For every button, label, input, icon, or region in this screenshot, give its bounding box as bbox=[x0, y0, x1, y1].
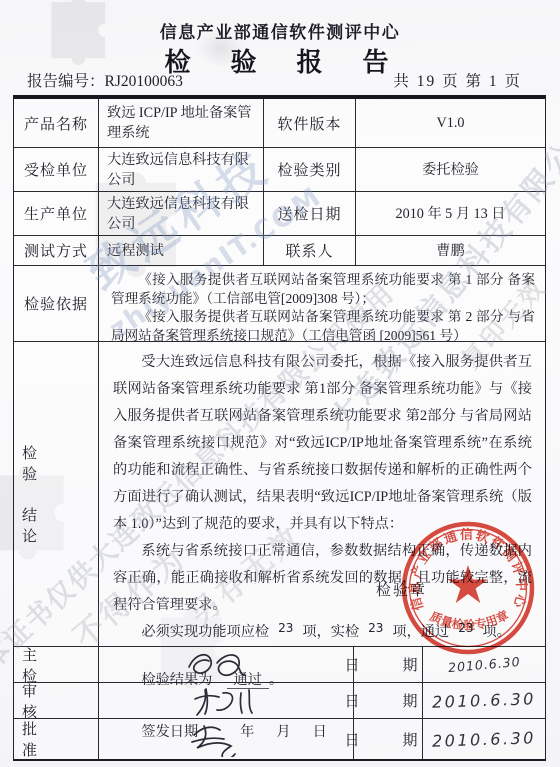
report-table: 产品名称 致远 ICP/IP 地址备案管理系统 软件版本 V1.0 受检单位 大… bbox=[13, 95, 546, 761]
submission-date-label: 送检日期 bbox=[264, 192, 356, 235]
basis-content: 《接入服务提供者互联网站备案管理系统功能要求 第 1 部分 备案管理系统功能》（… bbox=[99, 266, 545, 341]
conclusion-counts: 必须实现功能项应检23项，实检23项，通过23项。 bbox=[113, 619, 532, 646]
approver-date: 2010.6.30 bbox=[432, 728, 537, 751]
issue-day: 日 bbox=[313, 724, 327, 740]
contact-value: 曹鹏 bbox=[356, 236, 545, 265]
software-version-value: V1.0 bbox=[356, 99, 545, 147]
basis-label: 检验依据 bbox=[14, 266, 99, 341]
counts-prefix: 必须实现功能项应检 bbox=[141, 624, 269, 640]
scanned-inspection-report: 信息产业部通信软件测评中心 检 验 报 告 报告编号：RJ20100063 共 … bbox=[0, 0, 560, 767]
reviewer-label: 审 核 bbox=[14, 683, 99, 718]
chief-inspector-label: 主 检 bbox=[14, 647, 99, 682]
table-row: 受检单位 大连致远信息科技有限公司 检验类别 委托检验 bbox=[14, 148, 545, 192]
counts-tested: 23 bbox=[359, 621, 392, 635]
table-row: 检 验 结 论 受大连致远信息科技有限公司委托，根据《接入服务提供者互联网站备案… bbox=[14, 342, 545, 647]
approver-label: 批 准 bbox=[14, 719, 99, 759]
basis-item: 《接入服务提供者互联网站备案管理系统功能要求 第 1 部分 备案管理系统功能》（… bbox=[111, 271, 535, 308]
counts-suffix: 项。 bbox=[482, 624, 510, 640]
org-title: 信息产业部通信软件测评中心 bbox=[0, 18, 560, 43]
report-number: 报告编号：RJ20100063 bbox=[27, 69, 183, 91]
inspection-type-label: 检验类别 bbox=[264, 148, 356, 191]
issue-date-label: 签发日期 bbox=[141, 724, 198, 740]
test-method-value: 远程测试 bbox=[99, 236, 264, 265]
table-row: 测试方式 远程测试 联系人 曹鹏 bbox=[14, 236, 545, 266]
conclusion-label: 检 验 结 论 bbox=[14, 342, 99, 646]
product-name-value: 致远 ICP/IP 地址备案管理系统 bbox=[99, 99, 264, 147]
producer-unit-label: 生产单位 bbox=[14, 192, 99, 235]
conclusion-content: 受大连致远信息科技有限公司委托，根据《接入服务提供者互联网站备案管理系统功能要求… bbox=[99, 342, 545, 646]
result-value: 通过 bbox=[227, 672, 269, 689]
report-number-value: RJ20100063 bbox=[105, 73, 183, 90]
reviewer-date: 2010.6.30 bbox=[432, 689, 537, 712]
software-version-label: 软件版本 bbox=[264, 99, 356, 147]
counts-required: 23 bbox=[269, 621, 302, 635]
counts-passed: 23 bbox=[449, 621, 482, 635]
seal-label: 检验章 bbox=[376, 579, 427, 600]
table-row: 产品名称 致远 ICP/IP 地址备案管理系统 软件版本 V1.0 bbox=[14, 99, 545, 148]
submission-date-value: 2010 年 5 月 13 日 bbox=[356, 192, 545, 235]
issue-year: 年 bbox=[240, 724, 254, 740]
conclusion-label-line1: 检 验 bbox=[22, 442, 90, 484]
basis-item: 《接入服务提供者互联网站备案管理系统功能要求 第 2 部分 与省局网站备案管理系… bbox=[111, 308, 535, 345]
producer-unit-value: 大连致远信息科技有限公司 bbox=[99, 192, 264, 235]
result-suffix: 。 bbox=[269, 672, 283, 688]
table-row: 检验依据 《接入服务提供者互联网站备案管理系统功能要求 第 1 部分 备案管理系… bbox=[14, 266, 545, 342]
product-name-label: 产品名称 bbox=[14, 99, 99, 147]
counts-mid2: 项，通过 bbox=[392, 624, 449, 640]
inspected-unit-value: 大连致远信息科技有限公司 bbox=[99, 148, 264, 191]
result-prefix: 检验结果为 bbox=[141, 672, 212, 688]
test-method-label: 测试方式 bbox=[14, 236, 99, 265]
report-number-label: 报告编号： bbox=[27, 73, 105, 90]
conclusion-label-line2: 结 论 bbox=[22, 504, 90, 546]
conclusion-paragraph-1: 受大连致远信息科技有限公司委托，根据《接入服务提供者互联网站备案管理系统功能要求… bbox=[113, 349, 532, 538]
counts-mid1: 项，实检 bbox=[302, 624, 359, 640]
inspection-type-value: 委托检验 bbox=[356, 148, 545, 191]
inspected-unit-label: 受检单位 bbox=[14, 148, 99, 191]
issue-month: 月 bbox=[276, 724, 290, 740]
pagination: 共 19 页 第 1 页 bbox=[393, 69, 522, 91]
conclusion-paragraph-2: 系统与省系统接口正常通信，参数数据结构正确，传递数据内容正确，能正确接收和解析省… bbox=[113, 538, 532, 619]
contact-label: 联系人 bbox=[264, 236, 356, 265]
table-row: 生产单位 大连致远信息科技有限公司 送检日期 2010 年 5 月 13 日 bbox=[14, 192, 545, 236]
